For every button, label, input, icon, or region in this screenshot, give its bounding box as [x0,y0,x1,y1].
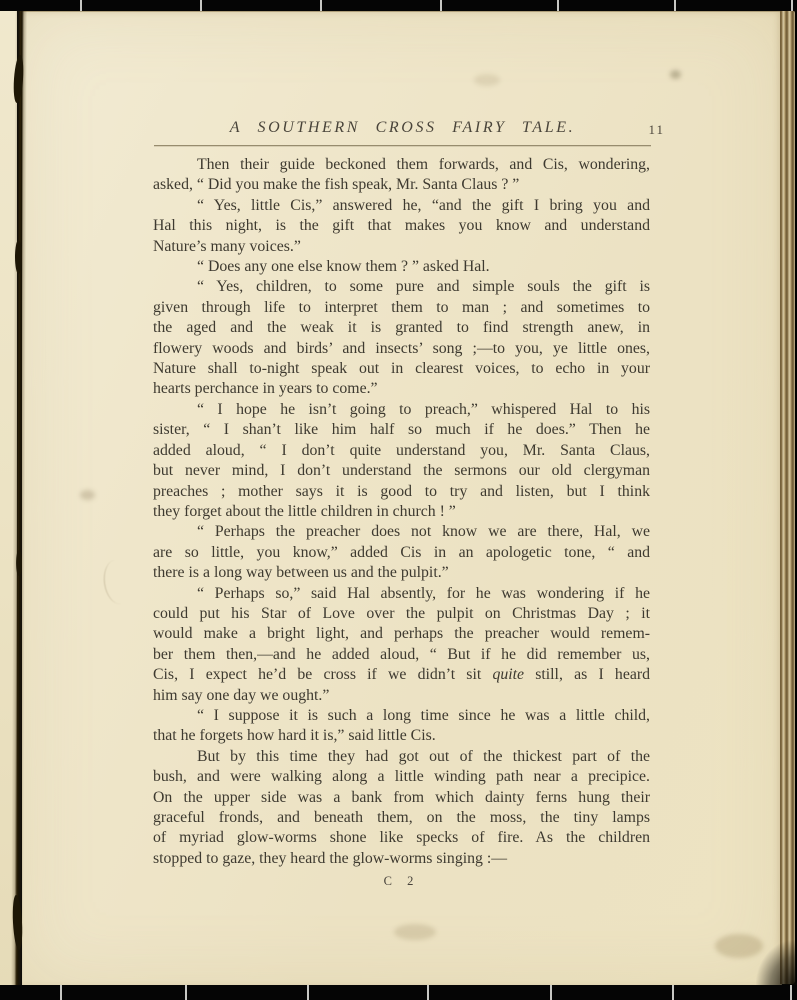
text-line: “ Yes, children, to some pure and simple… [153,277,650,297]
text-line: would make a bright light, and perhaps t… [153,624,650,644]
text-line: Then their guide beckoned them forwards,… [153,155,650,175]
film-tick-mark [557,0,559,11]
text-line: stopped to gaze, they heard the glow-wor… [153,849,650,869]
paper-stain [670,70,681,79]
text-line: they forget about the little children in… [153,502,650,522]
text-line: “ I suppose it is such a long time since… [153,706,650,726]
film-strip-bottom [0,985,797,1000]
text-line: but never mind, I don’t understand the s… [153,461,650,481]
film-tick-mark [674,0,676,11]
paper-stain [80,490,95,500]
film-tick-mark [672,985,674,1000]
text-line: given through life to interpret them to … [153,298,650,318]
scanned-book-page: A SOUTHERN CROSS FAIRY TALE. 11 Then the… [0,0,797,1000]
text-line: could put his Star of Love over the pulp… [153,604,650,624]
text-line: asked, “ Did you make the fish speak, Mr… [153,175,650,195]
film-tick-mark [791,0,793,11]
film-tick-mark [307,985,309,1000]
paper-stain [394,924,436,940]
film-tick-mark [320,0,322,11]
text-line: there is a long way between us and the p… [153,563,650,583]
text-line: of myriad glow-worms shone like specks o… [153,828,650,848]
text-line: But by this time they had got out of the… [153,747,650,767]
film-tick-mark [60,985,62,1000]
text-line: Nature’s many voices.” [153,237,650,257]
page-number: 11 [622,122,665,138]
film-tick-mark [80,0,82,11]
page-stack-fore-edge [780,10,795,984]
gutter-crack-blob [16,550,22,576]
text-line: hearts perchance in years to come.” [153,379,650,399]
text-line: Cis, I expect he’d be cross if we didn’t… [153,665,650,685]
signature-mark: C 2 [153,874,650,889]
film-tick-mark [550,985,552,1000]
film-strip-top [0,0,797,11]
paper-stain [474,74,500,86]
text-line: Nature shall to-night speak out in clear… [153,359,650,379]
film-tick-mark [200,0,202,11]
text-line: flowery woods and birds’ and insects’ so… [153,339,650,359]
text-line: added aloud, “ I don’t quite understand … [153,441,650,461]
film-tick-mark [427,985,429,1000]
text-line: sister, “ I shan’t like him half so much… [153,420,650,440]
text-line: “ I hope he isn’t going to preach,” whis… [153,400,650,420]
text-line: ber them then,—and he added aloud, “ But… [153,645,650,665]
text-line: “ Perhaps the preacher does not know we … [153,522,650,542]
text-line: “ Does any one else know them ? ” asked … [153,257,650,277]
text-line: On the upper side was a bank from which … [153,788,650,808]
text-line: “ Perhaps so,” said Hal absently, for he… [153,584,650,604]
text-block: Then their guide beckoned them forwards,… [153,155,650,869]
gutter-crack-blob [15,240,22,274]
film-tick-mark [440,0,442,11]
text-line: “ Yes, little Cis,” answered he, “and th… [153,196,650,216]
text-line: Hal this night, is the gift that makes y… [153,216,650,236]
film-tick-mark [790,985,792,1000]
text-line: bush, and were walking along a little wi… [153,767,650,787]
book-page: A SOUTHERN CROSS FAIRY TALE. 11 Then the… [22,10,782,988]
film-tick-mark [185,985,187,1000]
text-line: him say one day we ought.” [153,686,650,706]
corner-shadow [756,940,796,986]
text-line: that he forgets how hard it is,” said li… [153,726,650,746]
running-header-title: A SOUTHERN CROSS FAIRY TALE. [154,119,651,137]
text-line: graceful fronds, and beneath them, on th… [153,808,650,828]
text-line: are so little, you know,” added Cis in a… [153,543,650,563]
text-line: preaches ; mother says it is good to try… [153,482,650,502]
paper-scratch-mark [101,558,134,605]
text-line: the aged and the weak it is granted to f… [153,318,650,338]
header-rule [154,145,651,146]
